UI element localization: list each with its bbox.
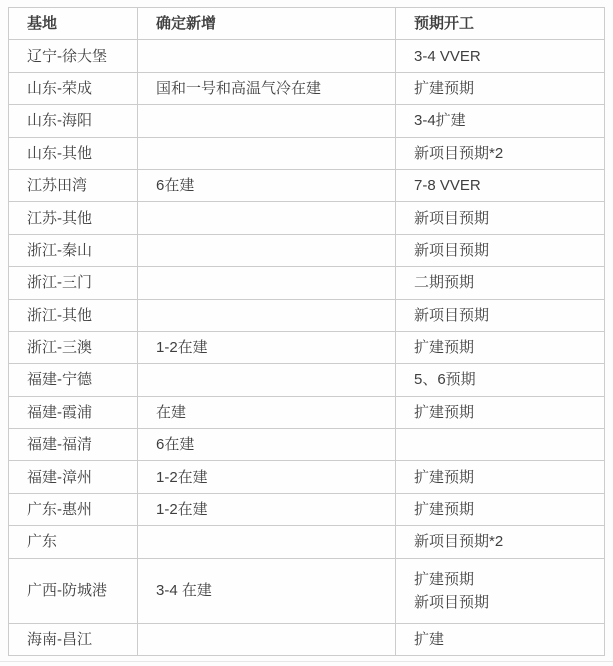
expected-line: 二期预期 xyxy=(414,271,598,294)
table-row: 浙江-三澳1-2在建扩建预期 xyxy=(9,331,605,363)
cell-expected-start: 扩建预期 xyxy=(396,331,605,363)
expected-line: 扩建预期 xyxy=(414,466,598,489)
header-expected-start: 预期开工 xyxy=(396,8,605,40)
expected-line: 新项目预期*2 xyxy=(414,142,598,165)
cell-expected-start: 二期预期 xyxy=(396,267,605,299)
cell-confirmed-new: 3-4 在建 xyxy=(138,558,396,623)
expected-line: 3-4 VVER xyxy=(414,45,598,68)
table-row: 浙江-三门二期预期 xyxy=(9,267,605,299)
expected-line: 7-8 VVER xyxy=(414,174,598,197)
cell-confirmed-new xyxy=(138,526,396,558)
table-row: 广西-防城港3-4 在建扩建预期新项目预期 xyxy=(9,558,605,623)
cell-confirmed-new: 1-2在建 xyxy=(138,331,396,363)
expected-line: 扩建预期 xyxy=(414,401,598,424)
table-row: 山东-海阳3-4扩建 xyxy=(9,105,605,137)
cell-expected-start xyxy=(396,429,605,461)
table-row: 福建-漳州1-2在建扩建预期 xyxy=(9,461,605,493)
header-confirmed-new: 确定新增 xyxy=(138,8,396,40)
table-row: 福建-霞浦在建扩建预期 xyxy=(9,396,605,428)
table-row: 福建-福清6在建 xyxy=(9,429,605,461)
cell-base: 浙江-其他 xyxy=(9,299,138,331)
cell-confirmed-new: 1-2在建 xyxy=(138,493,396,525)
expected-line: 5、6预期 xyxy=(414,368,598,391)
cell-confirmed-new xyxy=(138,202,396,234)
cell-expected-start: 扩建预期 xyxy=(396,396,605,428)
cell-confirmed-new xyxy=(138,234,396,266)
cell-expected-start: 扩建预期新项目预期 xyxy=(396,558,605,623)
cell-confirmed-new xyxy=(138,40,396,72)
cell-confirmed-new: 在建 xyxy=(138,396,396,428)
cell-base: 福建-霞浦 xyxy=(9,396,138,428)
cell-confirmed-new xyxy=(138,623,396,655)
expected-line: 新项目预期 xyxy=(414,239,598,262)
header-base: 基地 xyxy=(9,8,138,40)
page-bottom-divider xyxy=(0,661,613,662)
cell-base: 江苏-其他 xyxy=(9,202,138,234)
table-row: 福建-宁德5、6预期 xyxy=(9,364,605,396)
cell-expected-start: 新项目预期*2 xyxy=(396,137,605,169)
cell-base: 浙江-秦山 xyxy=(9,234,138,266)
cell-expected-start: 7-8 VVER xyxy=(396,169,605,201)
cell-base: 福建-宁德 xyxy=(9,364,138,396)
cell-confirmed-new xyxy=(138,267,396,299)
table-row: 山东-荣成国和一号和高温气冷在建扩建预期 xyxy=(9,72,605,104)
cell-base: 福建-漳州 xyxy=(9,461,138,493)
expected-line: 扩建预期 xyxy=(414,498,598,521)
expected-line: 新项目预期 xyxy=(414,591,598,614)
cell-expected-start: 3-4扩建 xyxy=(396,105,605,137)
cell-base: 广西-防城港 xyxy=(9,558,138,623)
expected-line: 3-4扩建 xyxy=(414,109,598,132)
expected-line: 新项目预期 xyxy=(414,207,598,230)
cell-expected-start: 新项目预期*2 xyxy=(396,526,605,558)
table-row: 浙江-秦山新项目预期 xyxy=(9,234,605,266)
cell-base: 福建-福清 xyxy=(9,429,138,461)
cell-base: 广东-惠州 xyxy=(9,493,138,525)
cell-base: 山东-其他 xyxy=(9,137,138,169)
expected-line: 扩建预期 xyxy=(414,336,598,359)
table-row: 江苏-其他新项目预期 xyxy=(9,202,605,234)
cell-expected-start: 新项目预期 xyxy=(396,234,605,266)
cell-base: 广东 xyxy=(9,526,138,558)
cell-confirmed-new: 1-2在建 xyxy=(138,461,396,493)
cell-confirmed-new: 国和一号和高温气冷在建 xyxy=(138,72,396,104)
cell-base: 辽宁-徐大堡 xyxy=(9,40,138,72)
cell-confirmed-new xyxy=(138,299,396,331)
table-row: 山东-其他新项目预期*2 xyxy=(9,137,605,169)
table-body: 辽宁-徐大堡3-4 VVER山东-荣成国和一号和高温气冷在建扩建预期山东-海阳3… xyxy=(9,40,605,656)
cell-expected-start: 新项目预期 xyxy=(396,202,605,234)
expected-line: 新项目预期*2 xyxy=(414,530,598,553)
cell-confirmed-new xyxy=(138,137,396,169)
cell-base: 山东-海阳 xyxy=(9,105,138,137)
cell-base: 浙江-三澳 xyxy=(9,331,138,363)
cell-expected-start: 扩建 xyxy=(396,623,605,655)
table-row: 海南-昌江扩建 xyxy=(9,623,605,655)
cell-confirmed-new: 6在建 xyxy=(138,169,396,201)
table-row: 浙江-其他新项目预期 xyxy=(9,299,605,331)
cell-expected-start: 5、6预期 xyxy=(396,364,605,396)
cell-confirmed-new xyxy=(138,105,396,137)
nuclear-base-table: 基地 确定新增 预期开工 辽宁-徐大堡3-4 VVER山东-荣成国和一号和高温气… xyxy=(8,7,605,656)
cell-expected-start: 新项目预期 xyxy=(396,299,605,331)
table-row: 广东-惠州1-2在建扩建预期 xyxy=(9,493,605,525)
table-row: 江苏田湾6在建7-8 VVER xyxy=(9,169,605,201)
cell-base: 山东-荣成 xyxy=(9,72,138,104)
header-row: 基地 确定新增 预期开工 xyxy=(9,8,605,40)
page: 基地 确定新增 预期开工 辽宁-徐大堡3-4 VVER山东-荣成国和一号和高温气… xyxy=(0,0,613,666)
cell-confirmed-new xyxy=(138,364,396,396)
table-header: 基地 确定新增 预期开工 xyxy=(9,8,605,40)
table-row: 广东新项目预期*2 xyxy=(9,526,605,558)
cell-expected-start: 扩建预期 xyxy=(396,493,605,525)
cell-expected-start: 3-4 VVER xyxy=(396,40,605,72)
expected-line: 新项目预期 xyxy=(414,304,598,327)
cell-expected-start: 扩建预期 xyxy=(396,72,605,104)
cell-base: 江苏田湾 xyxy=(9,169,138,201)
cell-base: 海南-昌江 xyxy=(9,623,138,655)
expected-line: 扩建预期 xyxy=(414,568,598,591)
cell-base: 浙江-三门 xyxy=(9,267,138,299)
expected-line: 扩建 xyxy=(414,628,598,651)
cell-confirmed-new: 6在建 xyxy=(138,429,396,461)
cell-expected-start: 扩建预期 xyxy=(396,461,605,493)
table-row: 辽宁-徐大堡3-4 VVER xyxy=(9,40,605,72)
expected-line: 扩建预期 xyxy=(414,77,598,100)
